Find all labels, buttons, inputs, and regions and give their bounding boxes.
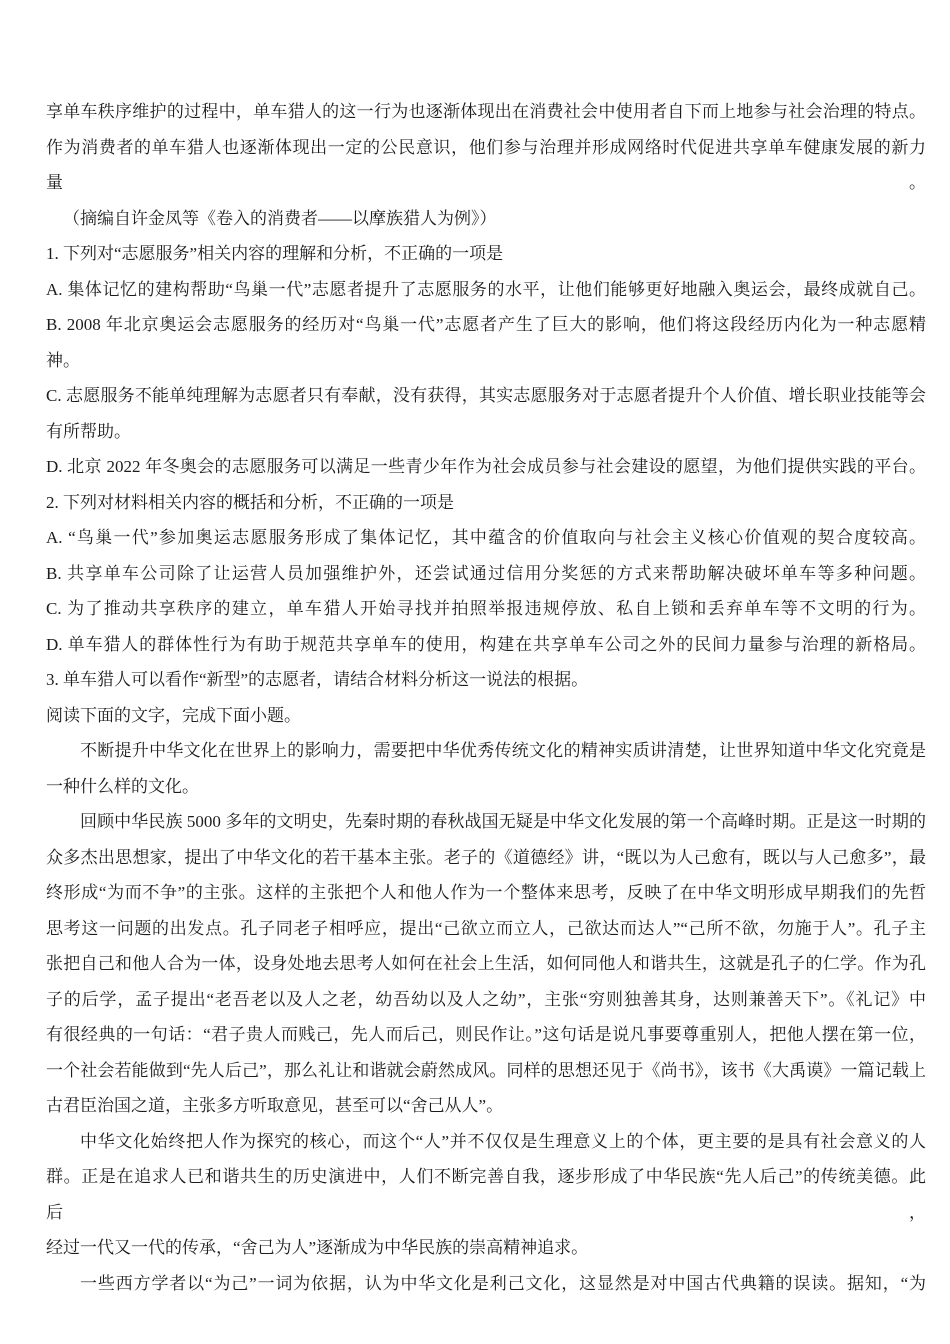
text-line: 一些西方学者以“为己”一词为依据，认为中华文化是利己文化，这显然是对中国古代典籍… — [46, 1266, 926, 1302]
exam-document-page: 享单车秩序维护的过程中，单车猎人的这一行为也逐渐体现出在消费社会中使用者自下而上… — [46, 94, 926, 1301]
question-1-option-b-cont: 神。 — [46, 343, 926, 379]
question-2-stem: 2. 下列对材料相关内容的概括和分析，不正确的一项是 — [46, 485, 926, 521]
question-1-option-a: A. 集体记忆的建构帮助“鸟巢一代”志愿者提升了志愿服务的水平，让他们能够更好地… — [46, 272, 926, 308]
text-line: 回顾中华民族 5000 多年的文明史，先秦时期的春秋战国无疑是中华文化发展的第一… — [46, 804, 926, 840]
question-2-option-c: C. 为了推动共享秩序的建立，单车猎人开始寻找并拍照举报违规停放、私自上锁和丢弃… — [46, 591, 926, 627]
text-line: 作为消费者的单车猎人也逐渐体现出一定的公民意识，他们参与治理并形成网络时代促进共… — [46, 130, 926, 201]
question-1-stem: 1. 下列对“志愿服务”相关内容的理解和分析，不正确的一项是 — [46, 236, 926, 272]
text-line: 一个社会若能做到“先人后己”，那么礼让和谐就会蔚然成风。同样的思想还见于《尚书》… — [46, 1053, 926, 1089]
text-line: 古君臣治国之道，主张多方听取意见，甚至可以“舍己从人”。 — [46, 1088, 926, 1124]
text-line: 终形成“为而不争”的主张。这样的主张把个人和他人作为一个整体来思考，反映了在中华… — [46, 875, 926, 911]
text-line: 思考这一问题的出发点。孔子同老子相呼应，提出“己欲立而立人，己欲达而达人”“己所… — [46, 911, 926, 947]
text-line: 众多杰出思想家，提出了中华文化的若干基本主张。老子的《道德经》讲，“既以为人己愈… — [46, 840, 926, 876]
reading-instruction: 阅读下面的文字，完成下面小题。 — [46, 698, 926, 734]
text-line: 群。正是在追求人已和谐共生的历史演进中，人们不断完善自我，逐步形成了中华民族“先… — [46, 1159, 926, 1230]
question-1-option-d: D. 北京 2022 年冬奥会的志愿服务可以满足一些青少年作为社会成员参与社会建… — [46, 449, 926, 485]
question-3-stem: 3. 单车猎人可以看作“新型”的志愿者，请结合材料分析这一说法的根据。 — [46, 662, 926, 698]
question-2-option-a: A. “鸟巢一代”参加奥运志愿服务形成了集体记忆，其中蕴含的价值取向与社会主义核… — [46, 520, 926, 556]
question-1-option-c: C. 志愿服务不能单纯理解为志愿者只有奉献，没有获得，其实志愿服务对于志愿者提升… — [46, 378, 926, 414]
citation-line: （摘编自许金凤等《卷入的消费者——以摩族猎人为例》） — [46, 201, 926, 237]
question-1-option-c-cont: 有所帮助。 — [46, 414, 926, 450]
question-2-option-d: D. 单车猎人的群体性行为有助于规范共享单车的使用，构建在共享单车公司之外的民间… — [46, 627, 926, 663]
text-line: 中华文化始终把人作为探究的核心，而这个“人”并不仅仅是生理意义上的个体，更主要的… — [46, 1124, 926, 1160]
text-line: 有很经典的一句话：“君子贵人而贱己，先人而后己，则民作让。”这句话是说凡事要尊重… — [46, 1017, 926, 1053]
question-2-option-b: B. 共享单车公司除了让运营人员加强维护外，还尝试通过信用分奖惩的方式来帮助解决… — [46, 556, 926, 592]
text-line: 不断提升中华文化在世界上的影响力，需要把中华优秀传统文化的精神实质讲清楚，让世界… — [46, 733, 926, 769]
text-line: 经过一代又一代的传承，“舍己为人”逐渐成为中华民族的崇高精神追求。 — [46, 1230, 926, 1266]
text-line: 子的后学，孟子提出“老吾老以及人之老，幼吾幼以及人之幼”，主张“穷则独善其身，达… — [46, 982, 926, 1018]
text-line: 张把自己和他人合为一体，设身处地去思考人如何在社会上生活，如何同他人和谐共生，这… — [46, 946, 926, 982]
question-1-option-b: B. 2008 年北京奥运会志愿服务的经历对“鸟巢一代”志愿者产生了巨大的影响，… — [46, 307, 926, 343]
text-line: 一种什么样的文化。 — [46, 769, 926, 805]
text-line: 享单车秩序维护的过程中，单车猎人的这一行为也逐渐体现出在消费社会中使用者自下而上… — [46, 94, 926, 130]
